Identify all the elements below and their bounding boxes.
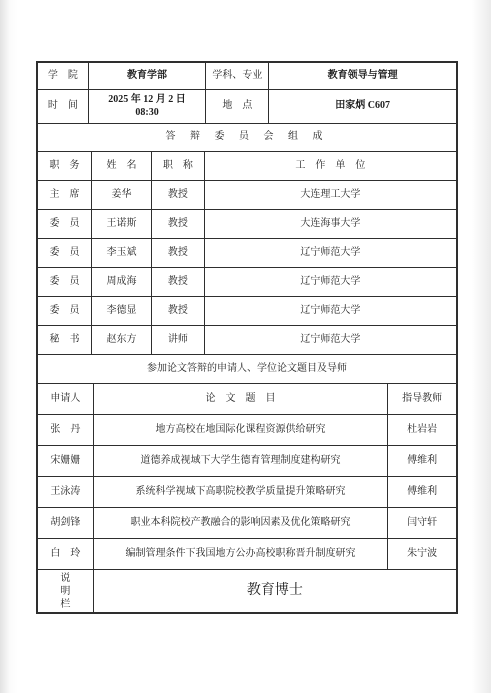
- member-title: 教授: [151, 210, 204, 239]
- header-applicant: 申请人: [38, 384, 94, 415]
- applicant-row: 宋姗姗 道德养成视域下大学生德育管理制度建构研究 傅维利: [38, 446, 457, 477]
- member-unit: 大连理工大学: [204, 181, 456, 210]
- applicant-name: 宋姗姗: [38, 446, 94, 477]
- supervisor-name: 朱宁波: [388, 539, 457, 570]
- time-clock: 08:30: [91, 107, 204, 120]
- committee-row: 主 席 姜华 教授 大连理工大学: [38, 181, 457, 210]
- thesis-title: 编制管理条件下我国地方公办高校职称晋升制度研究: [93, 539, 388, 570]
- applicants-section-title: 参加论文答辩的申请人、学位论文题目及导师: [38, 355, 457, 384]
- college-value: 教育学部: [88, 63, 206, 90]
- committee-title-row: 答 辩 委 员 会 组 成: [38, 124, 457, 152]
- note-label-char: 明: [40, 585, 91, 598]
- member-name: 赵东方: [92, 326, 152, 355]
- thesis-title: 职业本科院校产教融合的影响因素及优化策略研究: [93, 508, 388, 539]
- college-label: 学 院: [38, 63, 89, 90]
- location-label: 地 点: [206, 90, 269, 124]
- major-value: 教育领导与管理: [269, 63, 457, 90]
- supervisor-name: 闫守轩: [388, 508, 457, 539]
- member-title: 讲师: [151, 326, 204, 355]
- applicants-title-row: 参加论文答辩的申请人、学位论文题目及导师: [38, 355, 457, 384]
- member-unit: 辽宁师范大学: [204, 239, 456, 268]
- note-label-char: 说: [40, 572, 91, 585]
- applicants-section: 参加论文答辩的申请人、学位论文题目及导师 申请人 论 文 题 目 指导教师 张 …: [37, 354, 457, 570]
- header-title: 职 称: [151, 152, 204, 181]
- committee-row: 委 员 李德显 教授 辽宁师范大学: [38, 297, 457, 326]
- location-value: 田家炳 C607: [269, 90, 457, 124]
- member-role: 秘 书: [38, 326, 92, 355]
- note-section: 说 明 栏 教育博士: [37, 569, 457, 613]
- info-row-college-major: 学 院 教育学部 学科、专业 教育领导与管理: [38, 63, 457, 90]
- header-supervisor: 指导教师: [388, 384, 457, 415]
- header-unit: 工 作 单 位: [204, 152, 456, 181]
- member-role: 委 员: [38, 297, 92, 326]
- member-unit: 大连海事大学: [204, 210, 456, 239]
- applicant-row: 白 玲 编制管理条件下我国地方公办高校职称晋升制度研究 朱宁波: [38, 539, 457, 570]
- applicant-row: 胡剑锋 职业本科院校产教融合的影响因素及优化策略研究 闫守轩: [38, 508, 457, 539]
- supervisor-name: 杜岩岩: [388, 415, 457, 446]
- note-label: 说 明 栏: [38, 570, 94, 613]
- header-name: 姓 名: [92, 152, 152, 181]
- committee-row: 委 员 李玉斌 教授 辽宁师范大学: [38, 239, 457, 268]
- major-label: 学科、专业: [206, 63, 269, 90]
- applicant-name: 张 丹: [38, 415, 94, 446]
- member-unit: 辽宁师范大学: [204, 297, 456, 326]
- note-label-char: 栏: [40, 598, 91, 611]
- member-unit: 辽宁师范大学: [204, 268, 456, 297]
- member-name: 李德显: [92, 297, 152, 326]
- member-role: 主 席: [38, 181, 92, 210]
- member-title: 教授: [151, 268, 204, 297]
- time-label: 时 间: [38, 90, 89, 124]
- note-value: 教育博士: [93, 570, 456, 613]
- defense-form-table: 学 院 教育学部 学科、专业 教育领导与管理 时 间 2025 年 12 月 2…: [36, 61, 458, 614]
- applicants-header-row: 申请人 论 文 题 目 指导教师: [38, 384, 457, 415]
- applicant-row: 王泳涛 系统科学视域下高职院校教学质量提升策略研究 傅维利: [38, 477, 457, 508]
- info-section: 学 院 教育学部 学科、专业 教育领导与管理 时 间 2025 年 12 月 2…: [37, 62, 457, 124]
- time-date: 2025 年 12 月 2 日: [91, 94, 204, 107]
- header-role: 职 务: [38, 152, 92, 181]
- member-role: 委 员: [38, 210, 92, 239]
- supervisor-name: 傅维利: [388, 446, 457, 477]
- member-title: 教授: [151, 181, 204, 210]
- info-row-time-location: 时 间 2025 年 12 月 2 日 08:30 地 点 田家炳 C607: [38, 90, 457, 124]
- thesis-title: 地方高校在地国际化课程资源供给研究: [93, 415, 388, 446]
- member-unit: 辽宁师范大学: [204, 326, 456, 355]
- member-name: 姜华: [92, 181, 152, 210]
- member-name: 周成海: [92, 268, 152, 297]
- note-row: 说 明 栏 教育博士: [38, 570, 457, 613]
- committee-row: 委 员 周成海 教授 辽宁师范大学: [38, 268, 457, 297]
- applicant-name: 王泳涛: [38, 477, 94, 508]
- member-name: 李玉斌: [92, 239, 152, 268]
- committee-row: 秘 书 赵东方 讲师 辽宁师范大学: [38, 326, 457, 355]
- time-value: 2025 年 12 月 2 日 08:30: [88, 90, 206, 124]
- thesis-title: 系统科学视域下高职院校教学质量提升策略研究: [93, 477, 388, 508]
- committee-section: 答 辩 委 员 会 组 成 职 务 姓 名 职 称 工 作 单 位 主 席 姜华…: [37, 123, 457, 355]
- applicant-name: 胡剑锋: [38, 508, 94, 539]
- header-thesis: 论 文 题 目: [93, 384, 388, 415]
- thesis-title: 道德养成视域下大学生德育管理制度建构研究: [93, 446, 388, 477]
- committee-section-title: 答 辩 委 员 会 组 成: [38, 124, 457, 152]
- member-name: 王诺斯: [92, 210, 152, 239]
- document-page: 学 院 教育学部 学科、专业 教育领导与管理 时 间 2025 年 12 月 2…: [0, 0, 491, 693]
- supervisor-name: 傅维利: [388, 477, 457, 508]
- applicant-name: 白 玲: [38, 539, 94, 570]
- committee-header-row: 职 务 姓 名 职 称 工 作 单 位: [38, 152, 457, 181]
- applicant-row: 张 丹 地方高校在地国际化课程资源供给研究 杜岩岩: [38, 415, 457, 446]
- member-role: 委 员: [38, 239, 92, 268]
- member-title: 教授: [151, 297, 204, 326]
- member-title: 教授: [151, 239, 204, 268]
- member-role: 委 员: [38, 268, 92, 297]
- committee-row: 委 员 王诺斯 教授 大连海事大学: [38, 210, 457, 239]
